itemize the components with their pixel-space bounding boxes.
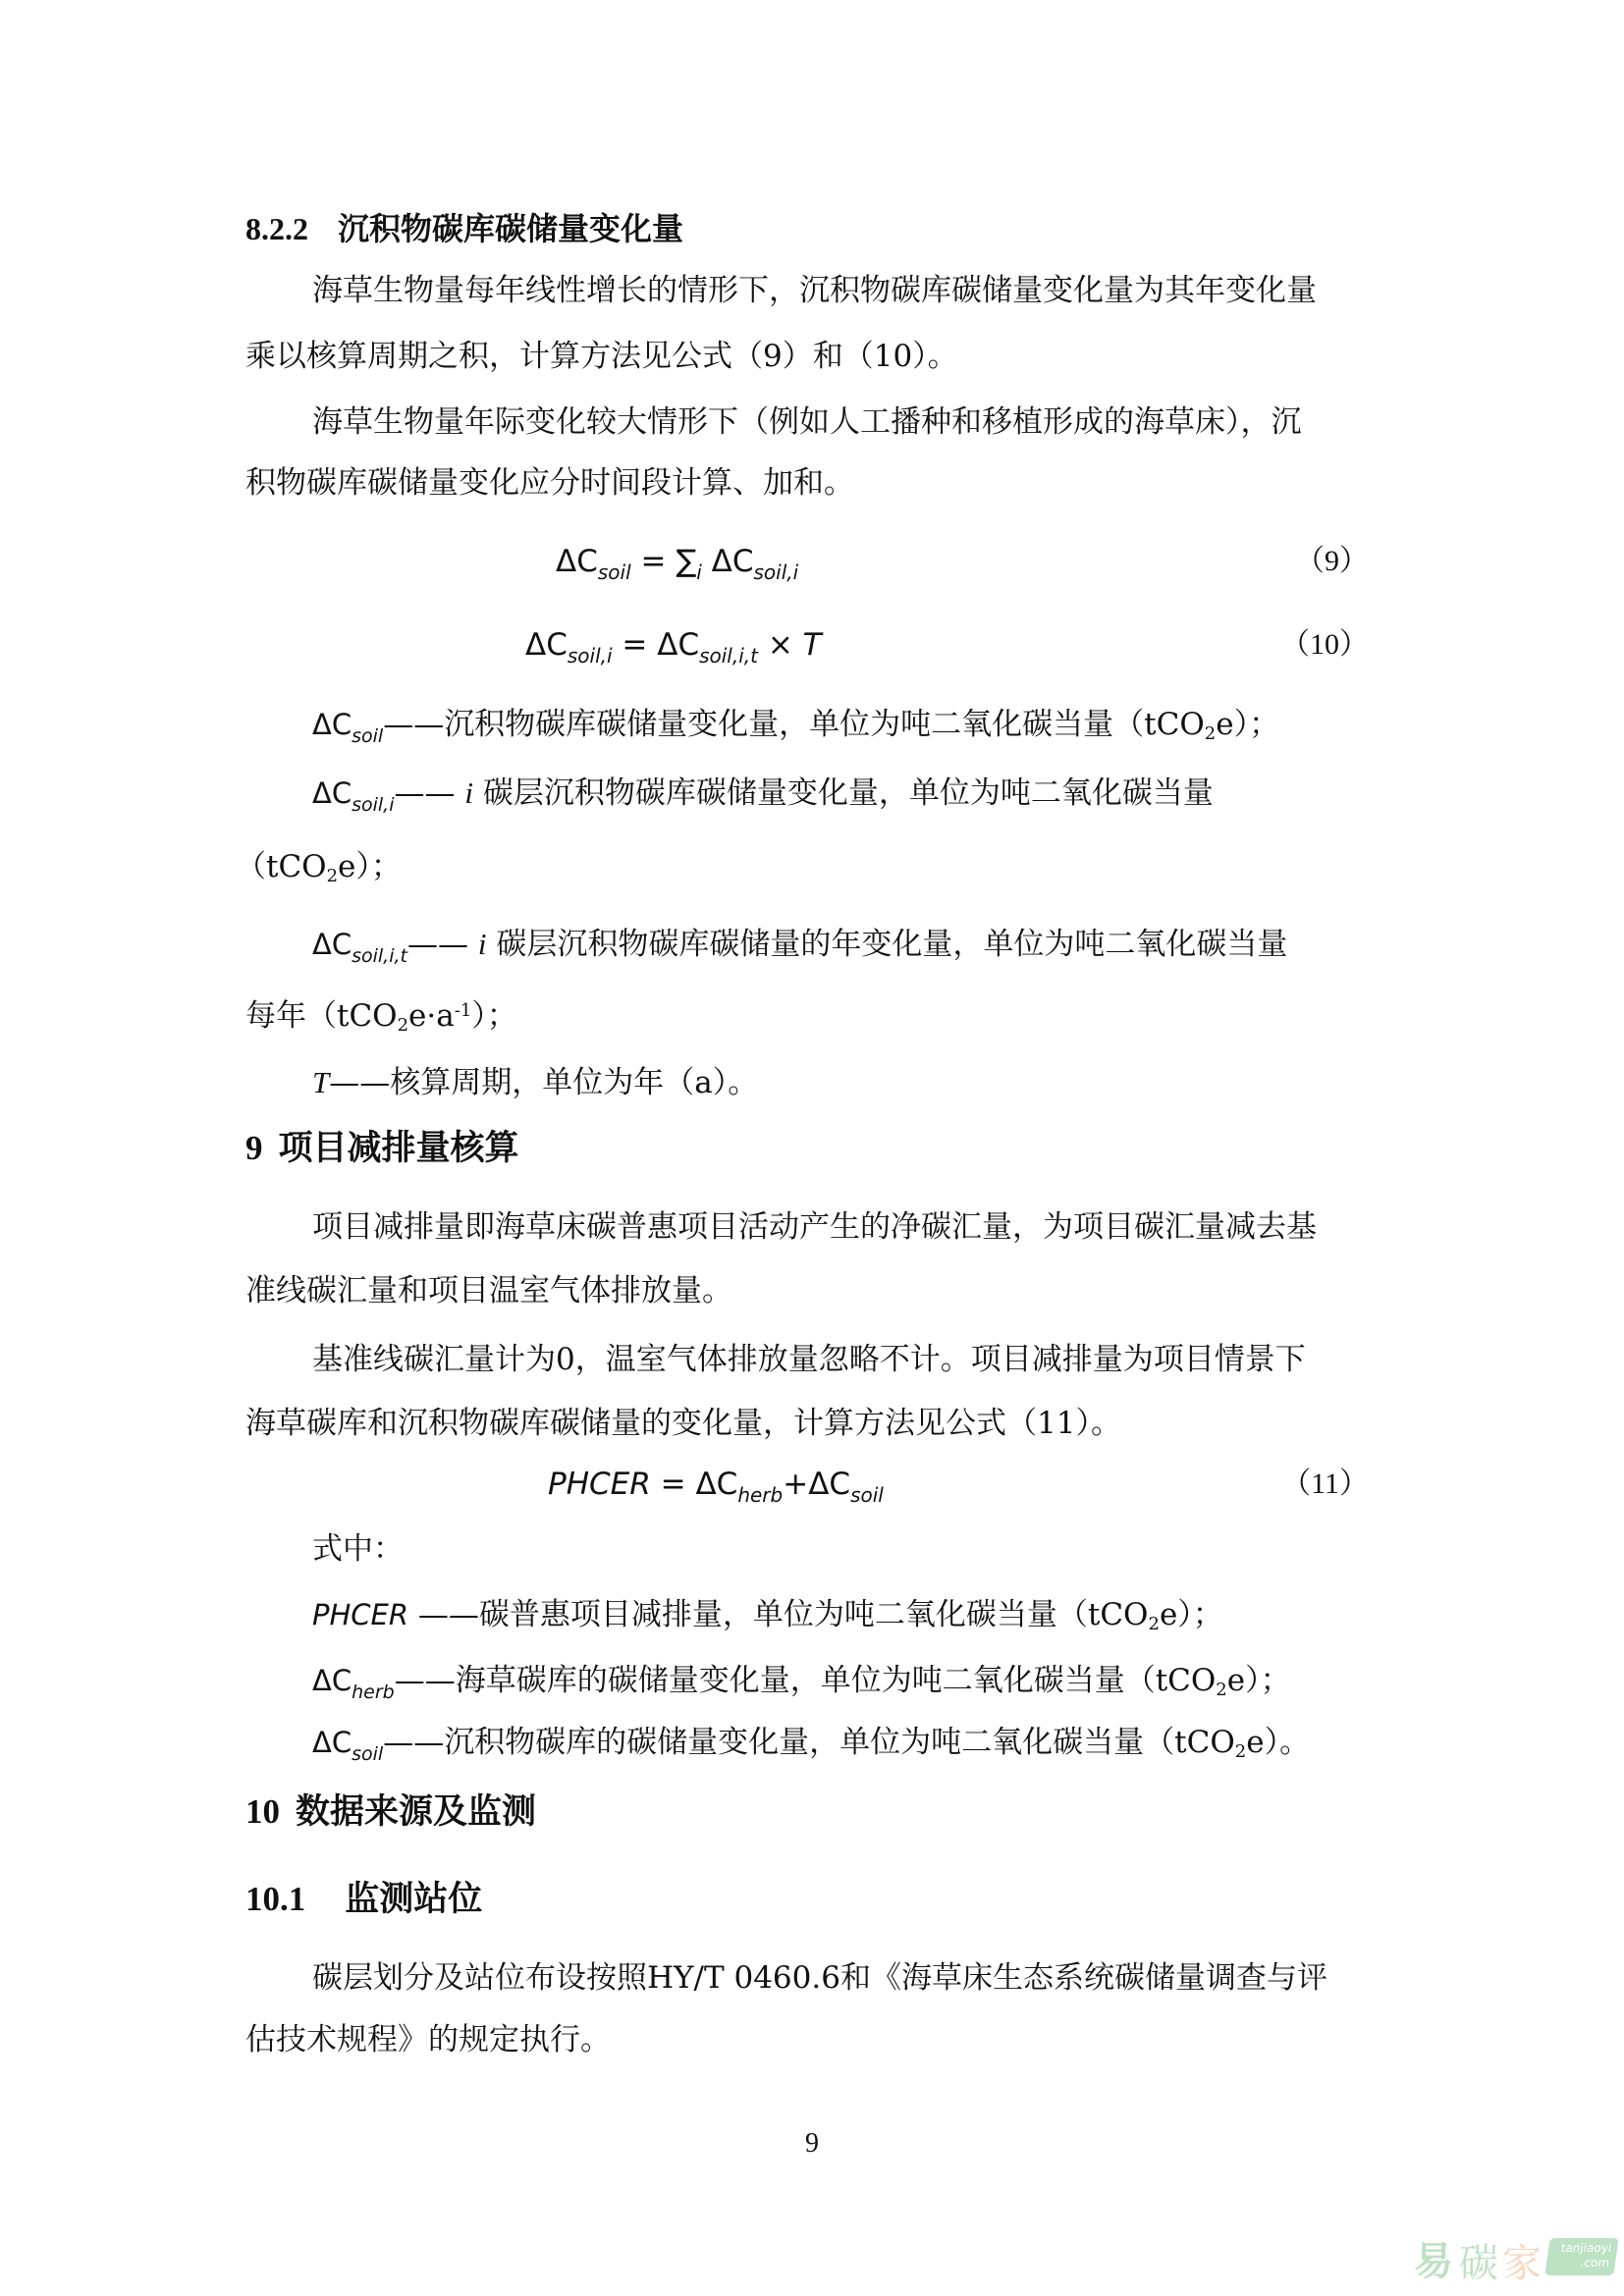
- unit-subscript: 2: [1235, 1741, 1246, 1762]
- sum-symbol: ∑: [676, 544, 696, 579]
- definition-continuation: （tCO2e）；: [236, 847, 402, 886]
- paragraph-line: 积物碳库碳储量变化应分时间段计算、加和。: [245, 463, 854, 503]
- section-title: 数据来源及监测: [296, 1792, 536, 1831]
- def-text: e）；: [1216, 707, 1279, 742]
- def-text: ——碳普惠项目减排量，单位为吨二氧化碳当量（tCO: [408, 1597, 1148, 1632]
- def-text: e·a: [408, 998, 455, 1034]
- eq-subscript: soil: [850, 1483, 884, 1507]
- where-label: 式中：: [312, 1529, 404, 1569]
- def-subscript: soil: [352, 725, 383, 747]
- eq-term: ΔC: [702, 544, 754, 579]
- def-text: ——沉积物碳库的碳储量变化量，单位为吨二氧化碳当量（tCO: [383, 1725, 1235, 1760]
- unit-subscript: 2: [1216, 1680, 1226, 1700]
- eq-subscript: soil,i,t: [699, 644, 758, 667]
- eq-subscript: soil,i: [568, 644, 613, 667]
- def-symbol: T: [312, 1065, 329, 1099]
- def-text: 碳层沉积物碳库碳储量变化量，单位为吨二氧化碳当量: [473, 775, 1214, 811]
- def-symbol: ΔC: [312, 1664, 352, 1697]
- paragraph-line: 基准线碳汇量计为0，温室气体排放量忽略不计。项目减排量为项目情景下: [312, 1340, 1306, 1379]
- eq-term: ΔC: [525, 627, 568, 663]
- def-text: 每年（tCO: [245, 998, 398, 1034]
- watermark-domain-badge: tanjiaoyi .com: [1544, 2238, 1618, 2275]
- equation-number: （10）: [1280, 625, 1369, 665]
- definition-item: ΔCsoil,i—— i 碳层沉积物碳库碳储量变化量，单位为吨二氧化碳当量: [312, 774, 1214, 813]
- def-text: （tCO: [236, 849, 327, 884]
- unit-superscript: -1: [455, 1000, 472, 1021]
- document-page: 8.2.2沉积物碳库碳储量变化量 海草生物量每年线性增长的情形下，沉积物碳库碳储…: [0, 0, 1624, 2296]
- section-number: 10: [245, 1792, 280, 1831]
- definition-continuation: 每年（tCO2e·a-1）；: [245, 996, 517, 1036]
- def-symbol: ΔC: [312, 708, 352, 741]
- eq-term: ΔC: [808, 1467, 850, 1502]
- def-subscript: soil,i,t: [352, 945, 407, 967]
- section-title: 沉积物碳库碳储量变化量: [338, 211, 683, 246]
- paragraph-line: 海草碳库和沉积物碳库碳储量的变化量，计算方法见公式（11）。: [245, 1404, 1121, 1443]
- page-number: 9: [0, 2128, 1624, 2160]
- def-text: e）；: [1160, 1597, 1223, 1632]
- eq-subscript: soil: [598, 561, 631, 584]
- paragraph-line: 准线碳汇量和项目温室气体排放量。: [245, 1271, 732, 1310]
- paragraph-line: 碳层划分及站位布设按照HY/T 0460.6和《海草床生态系统碳储量调查与评: [312, 1958, 1327, 1998]
- eq-operator: +: [783, 1467, 808, 1502]
- watermark-char: 易: [1414, 2230, 1453, 2286]
- def-symbol: PHCER: [312, 1598, 408, 1631]
- definition-item: ΔCherb——海草碳库的碳储量变化量，单位为吨二氧化碳当量（tCO2e）；: [312, 1661, 1291, 1700]
- watermark-char: 碳: [1459, 2232, 1498, 2288]
- section-heading-9: 9项目减排量核算: [245, 1129, 519, 1168]
- eq-term: ΔC: [556, 544, 598, 579]
- section-heading-10-1: 10.1监测站位: [245, 1880, 482, 1919]
- unit-subscript: 2: [327, 866, 338, 886]
- equation-11: PHCER = ΔCherb+ΔCsoil: [548, 1465, 884, 1504]
- eq-operator: =: [631, 544, 677, 579]
- watermark-domain: tanjiaoyi: [1547, 2241, 1612, 2256]
- section-heading-10: 10数据来源及监测: [245, 1792, 536, 1832]
- eq-operator: ×: [758, 627, 803, 663]
- eq-subscript: herb: [737, 1483, 783, 1507]
- def-text: ——: [395, 775, 465, 811]
- watermark-domain-tld: .com: [1545, 2256, 1610, 2270]
- def-text: ——沉积物碳库碳储量变化量，单位为吨二氧化碳当量（tCO: [383, 707, 1205, 742]
- def-symbol: ΔC: [312, 1726, 352, 1759]
- eq-variable: T: [803, 627, 822, 663]
- eq-term: ΔC: [657, 627, 699, 663]
- eq-operator: =: [651, 1467, 696, 1502]
- def-text: ——海草碳库的碳储量变化量，单位为吨二氧化碳当量（tCO: [395, 1663, 1217, 1698]
- unit-subscript: 2: [1148, 1614, 1159, 1634]
- definition-item: T——核算周期，单位为年（a）。: [312, 1063, 758, 1102]
- section-heading-8-2-2: 8.2.2沉积物碳库碳储量变化量: [245, 209, 683, 248]
- definition-item: PHCER ——碳普惠项目减排量，单位为吨二氧化碳当量（tCO2e）；: [312, 1595, 1223, 1634]
- paragraph-line: 项目减排量即海草床碳普惠项目活动产生的净碳汇量，为项目碳汇量减去基: [312, 1207, 1317, 1247]
- paragraph-line: 海草生物量每年线性增长的情形下，沉积物碳库碳储量变化量为其年变化量: [312, 271, 1317, 310]
- section-title: 项目减排量核算: [279, 1129, 519, 1167]
- unit-subscript: 2: [1205, 723, 1216, 744]
- def-text: 碳层沉积物碳库碳储量的年变化量，单位为吨二氧化碳当量: [486, 927, 1287, 962]
- def-subscript: soil: [352, 1743, 383, 1765]
- def-symbol: ΔC: [312, 928, 352, 961]
- definition-item: ΔCsoil,i,t—— i 碳层沉积物碳库碳储量的年变化量，单位为吨二氧化碳当…: [312, 925, 1287, 964]
- def-text: ）；: [471, 998, 517, 1034]
- section-number: 10.1: [245, 1880, 305, 1918]
- definition-item: ΔCsoil——沉积物碳库碳储量变化量，单位为吨二氧化碳当量（tCO2e）；: [312, 705, 1279, 744]
- unit-subscript: 2: [398, 1015, 408, 1036]
- paragraph-line: 海草生物量年际变化较大情形下（例如人工播种和移植形成的海草床），沉: [312, 402, 1302, 442]
- definition-item: ΔCsoil——沉积物碳库的碳储量变化量，单位为吨二氧化碳当量（tCO2e）。: [312, 1723, 1310, 1762]
- eq-variable: PHCER: [548, 1467, 651, 1502]
- def-variable: i: [464, 775, 473, 810]
- section-title: 监测站位: [345, 1880, 482, 1918]
- section-number: 8.2.2: [245, 211, 308, 246]
- def-symbol: ΔC: [312, 776, 352, 810]
- def-text: e）。: [1246, 1725, 1310, 1760]
- def-text: ——: [407, 927, 478, 962]
- eq-term: ΔC: [695, 1467, 737, 1502]
- watermark-logo: 易 碳 家 tanjiaoyi .com: [1414, 2226, 1620, 2287]
- watermark-char: 家: [1502, 2232, 1542, 2288]
- equation-9: ΔCsoil = ∑i ΔCsoil,i: [556, 542, 798, 581]
- equation-number: （11）: [1281, 1465, 1369, 1504]
- def-subscript: soil,i: [352, 794, 394, 816]
- eq-operator: =: [613, 627, 658, 663]
- def-subscript: herb: [352, 1682, 395, 1703]
- eq-subscript: soil,i: [754, 561, 799, 584]
- section-number: 9: [245, 1129, 263, 1167]
- equation-10: ΔCsoil,i = ΔCsoil,i,t × T: [525, 625, 822, 665]
- def-text: e）；: [1227, 1663, 1291, 1698]
- equation-number: （9）: [1295, 542, 1369, 581]
- def-text: e）；: [338, 849, 402, 884]
- def-text: ——核算周期，单位为年（a）。: [329, 1065, 758, 1100]
- paragraph-line: 乘以核算周期之积，计算方法见公式（9）和（10）。: [245, 337, 958, 376]
- paragraph-line: 估技术规程》的规定执行。: [245, 2020, 611, 2059]
